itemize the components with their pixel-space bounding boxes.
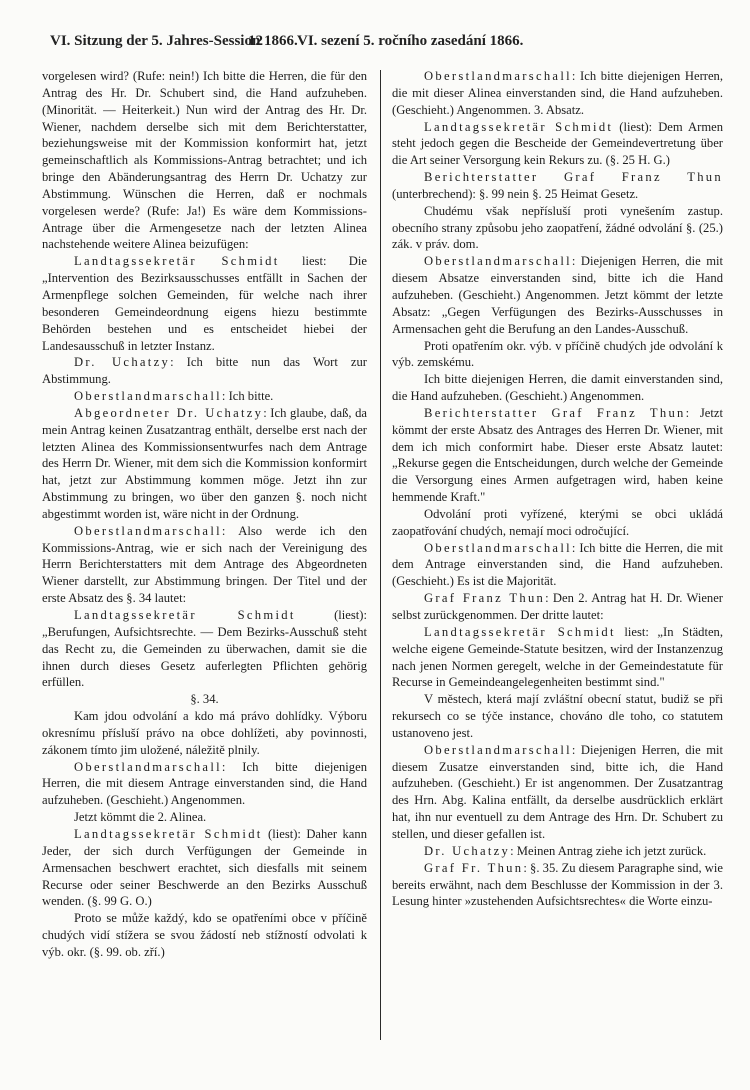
speaker-name: Berichterstatter Graf Franz Thun [424,406,686,420]
speaker-name: Oberstlandmarschall [424,254,572,268]
paragraph-text: (unterbrechend): §. 99 nein §. 25 Heimat… [392,187,638,201]
paragraph: Landtagssekretär Schmidt liest: „In Städ… [392,624,723,691]
paragraph: §. 34. [42,691,367,708]
paragraph-text: : Ich glaube, daß, da mein Antrag keinen… [42,406,367,521]
paragraph: Berichterstatter Graf Franz Thun: Jetzt … [392,405,723,506]
paragraph: Proti opatřením okr. výb. v příčině chud… [392,338,723,372]
paragraph-text: V městech, která mají zvláštní obecní st… [392,692,723,740]
speaker-name: Abgeordneter Dr. Uchatzy [74,406,263,420]
speaker-name: Oberstlandmarschall [424,69,572,83]
column-divider [380,70,381,1040]
paragraph: Landtagssekretär Schmidt liest: Die „Int… [42,253,367,354]
speaker-name: Landtagssekretär Schmidt [74,827,263,841]
paragraph-text: vorgelesen wird? (Rufe: nein!) Ich bitte… [42,69,367,251]
paragraph: Landtagssekretär Schmidt (liest): Daher … [42,826,367,910]
paragraph-text: Jetzt kömmt die 2. Alinea. [74,810,206,824]
paragraph: Dr. Uchatzy: Meinen Antrag ziehe ich jet… [392,843,723,860]
paragraph: Oberstlandmarschall: Ich bitte. [42,388,367,405]
paragraph: Oberstlandmarschall: Ich bitte die Herre… [392,540,723,591]
paragraph-text: : Ich bitte. [222,389,273,403]
speaker-name: Berichterstatter Graf Franz Thun [424,170,723,184]
speaker-name: Landtagssekretär Schmidt [424,120,613,134]
paragraph-text: Proti opatřením okr. výb. v příčině chud… [392,339,723,370]
paragraph-text: Proto se může každý, kdo se opatřeními o… [42,911,367,959]
speaker-name: Oberstlandmarschall [424,743,572,757]
header-title-czech: VI. sezení 5. ročního zasedání 1866. [297,33,523,50]
left-column: vorgelesen wird? (Rufe: nein!) Ich bitte… [42,68,367,961]
speaker-name: Oberstlandmarschall [424,541,572,555]
paragraph: Odvolání proti vyřízené, kterými se obci… [392,506,723,540]
paragraph: Oberstlandmarschall: Diejenigen Herren, … [392,742,723,843]
speaker-name: Oberstlandmarschall [74,524,222,538]
speaker-name: Landtagssekretär Schmidt [424,625,616,639]
paragraph: V městech, která mají zvláštní obecní st… [392,691,723,742]
paragraph-text: liest: Die „Intervention des Bezirksauss… [42,254,367,352]
page-header: VI. Sitzung der 5. Jahres-Session 1866. … [0,33,750,53]
paragraph: Proto se může každý, kdo se opatřeními o… [42,910,367,961]
right-column: Oberstlandmarschall: Ich bitte diejenige… [392,68,723,910]
paragraph-text: Odvolání proti vyřízené, kterými se obci… [392,507,723,538]
speaker-name: Graf Franz Thun [424,591,545,605]
paragraph: Ich bitte diejenigen Herren, die damit e… [392,371,723,405]
paragraph: Oberstlandmarschall: Also werde ich den … [42,523,367,607]
paragraph: Kam jdou odvolání a kdo má právo dohlídk… [42,708,367,759]
speaker-name: Landtagssekretär Schmidt [74,254,280,268]
paragraph: Chudému však nepřísluší proti vynešením … [392,203,723,254]
paragraph: vorgelesen wird? (Rufe: nein!) Ich bitte… [42,68,367,253]
speaker-name: Dr. Uchatzy [424,844,510,858]
paragraph: Oberstlandmarschall: Ich bitte diejenige… [42,759,367,810]
paragraph-text: : Diejenigen Herren, die mit diesem Zusa… [392,743,723,841]
paragraph-text: Kam jdou odvolání a kdo má právo dohlídk… [42,709,367,757]
paragraph: Landtagssekretär Schmidt (liest): Dem Ar… [392,119,723,170]
paragraph-text: : Meinen Antrag ziehe ich jetzt zurück. [510,844,706,858]
paragraph: Graf Fr. Thun: §. 35. Zu diesem Paragrap… [392,860,723,911]
speaker-name: Dr. Uchatzy [74,355,170,369]
paragraph-text: Ich bitte diejenigen Herren, die damit e… [392,372,723,403]
speaker-name: Oberstlandmarschall [74,389,222,403]
page-number: 12 [248,33,263,50]
paragraph: Jetzt kömmt die 2. Alinea. [42,809,367,826]
paragraph: Graf Franz Thun: Den 2. Antrag hat H. Dr… [392,590,723,624]
paragraph: Dr. Uchatzy: Ich bitte nun das Wort zur … [42,354,367,388]
paragraph: Berichterstatter Graf Franz Thun (unterb… [392,169,723,203]
paragraph: Oberstlandmarschall: Ich bitte diejenige… [392,68,723,119]
speaker-name: Oberstlandmarschall [74,760,222,774]
speaker-name: Landtagssekretär Schmidt [74,608,296,622]
paragraph: Landtagssekretär Schmidt (liest): „Beruf… [42,607,367,691]
paragraph-text: §. 34. [190,692,218,706]
paragraph: Oberstlandmarschall: Diejenigen Herren, … [392,253,723,337]
paragraph-text: : Jetzt kömmt der erste Absatz des Antra… [392,406,723,504]
paragraph-text: Chudému však nepřísluší proti vynešením … [392,204,723,252]
speaker-name: Graf Fr. Thun [424,861,523,875]
paragraph: Abgeordneter Dr. Uchatzy: Ich glaube, da… [42,405,367,523]
